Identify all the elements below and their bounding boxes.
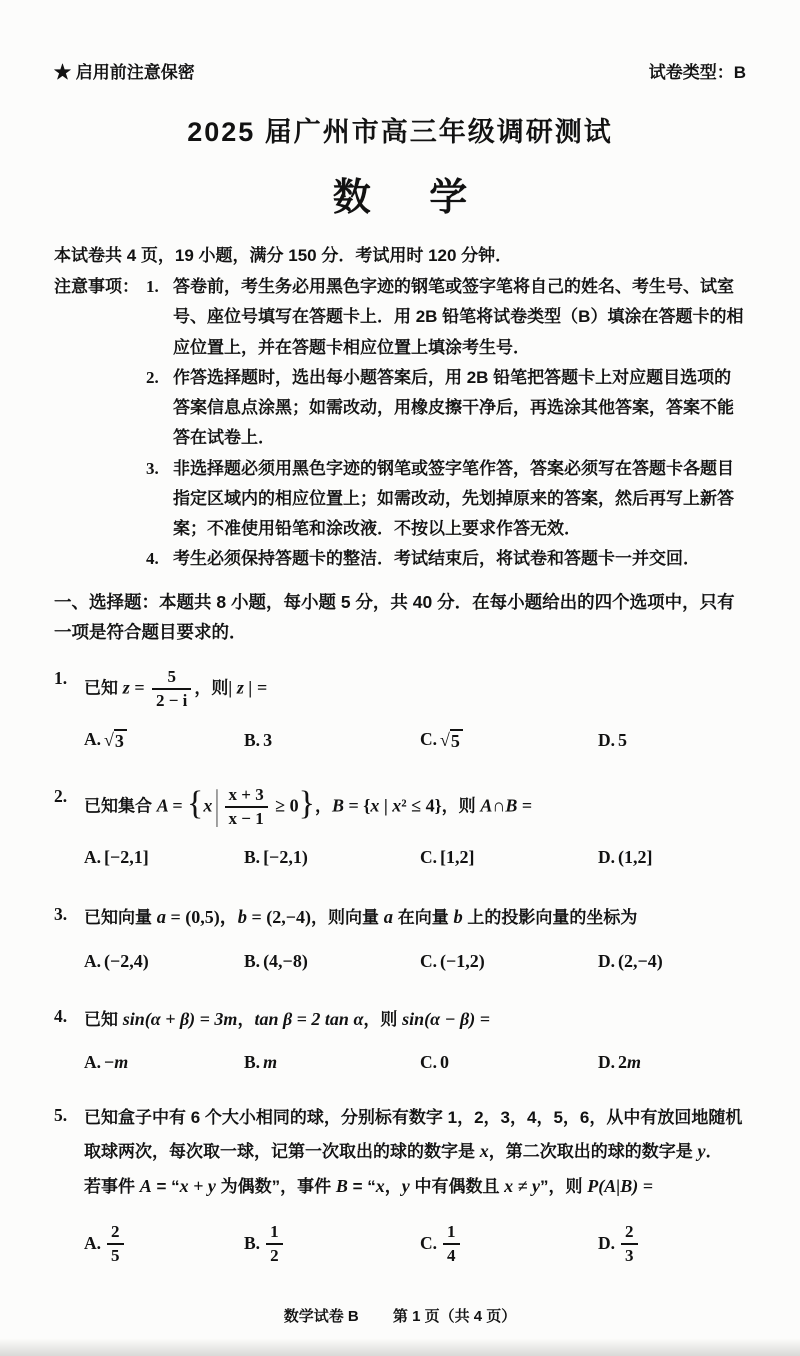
security-notice: ★ 启用前注意保密 [54, 58, 195, 83]
question-5: 5. 已知盒子中有 6 个大小相同的球，分别标有数字 1，2，3，4，5，6，从… [54, 1101, 746, 1270]
option-b: B.12 [244, 1219, 420, 1269]
note-item: 1. 答卷前，考生务必用黑色字迹的钢笔或签字笔将自己的姓名、考生号、试室号、座位… [146, 272, 746, 363]
math-seg-n: (1,2] [618, 847, 653, 867]
option-a: A.√3 [84, 729, 244, 752]
option-label: B. [244, 1052, 260, 1072]
exam-page: ★ 启用前注意保密 试卷类型：B 2025 届广州市高三年级调研测试 数 学 本… [0, 0, 800, 1356]
math-seg-b: } [299, 789, 315, 820]
option-label: A. [84, 1052, 101, 1072]
option-label: D. [598, 1233, 615, 1253]
math-seg-t: 中有偶数且 [410, 1177, 504, 1196]
option-label: A. [84, 729, 101, 749]
options-row: A.√3 B.3 C.√5 D.5 [84, 729, 746, 752]
math-seg-f: x + 3x − 1 [225, 784, 268, 830]
option-c: C.(−1,2) [420, 951, 598, 972]
math-seg-n: 2 [618, 1052, 627, 1072]
option-label: A. [84, 1233, 101, 1253]
math-seg-m: x ≠ y [504, 1176, 540, 1196]
note-text: 答卷前，考生务必用黑色字迹的钢笔或签字笔将自己的姓名、考生号、试室号、座位号填写… [173, 272, 746, 363]
question-stem: 已知集合 A = {x|x + 3x − 1 ≥ 0}，B = {x | x² … [84, 782, 746, 832]
option-label: B. [244, 730, 260, 750]
math-seg-m: x [392, 795, 401, 815]
options-row: A.−m B.m C.0 D.2m [84, 1052, 746, 1073]
math-seg-t: ”，则 [540, 1177, 587, 1196]
option-b: B.[−2,1) [244, 847, 420, 868]
math-seg-f: 12 [266, 1221, 283, 1267]
math-seg-t: = “ [348, 1177, 376, 1196]
notes-block: 注意事项： 1. 答卷前，考生务必用黑色字迹的钢笔或签字笔将自己的姓名、考生号、… [54, 272, 746, 575]
note-number: 3. [146, 454, 173, 545]
math-seg-n: (4,−8) [263, 951, 308, 971]
math-seg-n: = { [344, 795, 370, 815]
option-label: C. [420, 847, 437, 867]
option-value: [−2,1] [104, 848, 149, 867]
option-b: B.m [244, 1052, 420, 1073]
math-seg-t: ， [315, 796, 332, 815]
option-label: A. [84, 951, 101, 971]
footer-paper-name: 数学试卷 B [284, 1308, 359, 1325]
question-number: 1. [54, 664, 84, 694]
math-seg-m: m [263, 1052, 277, 1072]
option-b: B.(4,−8) [244, 951, 420, 972]
math-seg-t: ，则 [194, 678, 228, 697]
options-row: A.25 B.12 C.14 D.23 [84, 1219, 746, 1269]
math-seg-t: ， [237, 1010, 254, 1029]
option-label: C. [420, 729, 437, 749]
math-seg-m: x + y [180, 1176, 216, 1196]
math-seg-r: √5 [440, 729, 463, 752]
math-seg-m: A [140, 1176, 152, 1196]
option-value: −m [104, 1053, 128, 1072]
note-text: 考生必须保持答题卡的整洁．考试结束后，将试卷和答题卡一并交回． [173, 544, 746, 574]
math-seg-n: [−2,1] [104, 847, 149, 867]
note-item: 2. 作答选择题时，选出每小题答案后，用 2B 铅笔把答题卡上对应题目选项的答案… [146, 363, 746, 454]
option-value: (1,2] [618, 848, 653, 867]
math-seg-m: x [370, 795, 379, 815]
math-seg-t: 在向量 [393, 908, 453, 927]
option-label: C. [420, 1233, 437, 1253]
option-d: D.(2,−4) [598, 951, 746, 972]
math-seg-n: | [379, 795, 392, 815]
math-seg-t: 若事件 [84, 1177, 140, 1196]
option-value: (2,−4) [618, 952, 663, 971]
option-a: A.25 [84, 1219, 244, 1269]
question-number: 4. [54, 1002, 84, 1032]
math-seg-n: − [104, 1052, 114, 1072]
option-value: m [263, 1053, 277, 1072]
note-number: 1. [146, 272, 173, 363]
question-number: 3. [54, 900, 84, 930]
math-seg-t: 已知 [84, 1010, 123, 1029]
math-seg-n: ≥ 0 [271, 795, 299, 815]
option-value: 0 [440, 1053, 449, 1072]
math-seg-mb: a [384, 908, 393, 928]
option-value: (4,−8) [263, 952, 308, 971]
math-seg-t: 已知向量 [84, 908, 157, 927]
math-seg-n: = (0,5)， [166, 907, 238, 927]
option-c: C.0 [420, 1052, 598, 1073]
options-row: A.[−2,1] B.[−2,1) C.[1,2] D.(1,2] [84, 847, 746, 868]
math-seg-m: B [336, 1176, 348, 1196]
math-seg-f: 52 − i [152, 666, 191, 712]
option-value: 14 [440, 1234, 463, 1253]
subject-title: 数 学 [54, 166, 746, 221]
math-seg-n: = [517, 795, 532, 815]
math-seg-f: 25 [107, 1221, 124, 1267]
math-seg-n: (−1,2) [440, 951, 485, 971]
math-seg-m: A [480, 795, 492, 815]
option-label: D. [598, 951, 615, 971]
math-seg-b: { [187, 789, 203, 820]
option-label: D. [598, 847, 615, 867]
option-label: C. [420, 1052, 437, 1072]
question-number: 2. [54, 782, 84, 812]
question-stem: 已知向量 a = (0,5)，b = (2,−4)，则向量 a 在向量 b 上的… [84, 900, 746, 936]
note-number: 4. [146, 544, 173, 574]
math-seg-m: | z | = [228, 677, 267, 697]
option-label: C. [420, 951, 437, 971]
option-value: 2m [618, 1053, 641, 1072]
option-a: A.−m [84, 1052, 244, 1073]
option-label: D. [598, 730, 615, 750]
question-stem: 已知 z = 52 − i，则| z | = [84, 664, 746, 714]
option-a: A.[−2,1] [84, 847, 244, 868]
math-seg-mb: a [157, 908, 166, 928]
header-row: ★ 启用前注意保密 试卷类型：B [54, 58, 746, 83]
note-text: 作答选择题时，选出每小题答案后，用 2B 铅笔把答题卡上对应题目选项的答案信息点… [173, 363, 746, 454]
math-seg-t: ，则 [363, 1010, 402, 1029]
math-seg-mb: b [453, 908, 462, 928]
note-item: 4. 考生必须保持答题卡的整洁．考试结束后，将试卷和答题卡一并交回． [146, 544, 746, 574]
math-seg-m: z = [123, 677, 149, 697]
option-label: B. [244, 1233, 260, 1253]
option-d: D.(1,2] [598, 847, 746, 868]
option-value: (−2,4) [104, 952, 149, 971]
math-seg-t: 上的投影向量的坐标为 [463, 908, 638, 927]
note-item: 3. 非选择题必须用黑色字迹的钢笔或签字笔作答，答案必须写在答题卡各题目指定区域… [146, 454, 746, 545]
math-seg-t: ， [385, 1177, 402, 1196]
option-value: √3 [104, 730, 127, 749]
option-value: 25 [104, 1234, 127, 1253]
footer-page-number: 第 1 页（共 4 页） [393, 1308, 516, 1325]
notes-label: 注意事项： [54, 272, 146, 575]
math-seg-m: B [505, 795, 517, 815]
math-seg-n: (−2,4) [104, 951, 149, 971]
question-4: 4. 已知 sin(α + β) = 3m，tan β = 2 tan α，则 … [54, 1002, 746, 1073]
option-c: C.[1,2] [420, 847, 598, 868]
option-a: A.(−2,4) [84, 951, 244, 972]
math-seg-m: A = [157, 795, 187, 815]
exam-info: 本试卷共 4 页，19 小题，满分 150 分．考试用时 120 分钟． [54, 241, 746, 266]
math-seg-n: ∩ [492, 795, 505, 815]
math-seg-f: 14 [443, 1221, 460, 1267]
math-seg-t: 已知集合 [84, 796, 157, 815]
question-number: 5. [54, 1101, 84, 1131]
math-seg-t: 为偶数”，事件 [216, 1177, 336, 1196]
question-3: 3. 已知向量 a = (0,5)，b = (2,−4)，则向量 a 在向量 b… [54, 900, 746, 972]
option-d: D.2m [598, 1052, 746, 1073]
option-value: 23 [618, 1234, 641, 1253]
math-seg-n: 3 [263, 730, 272, 750]
math-seg-n: 0 [440, 1052, 449, 1072]
math-seg-m: sin(α − β) = [402, 1009, 490, 1029]
math-seg-mb: b [238, 908, 247, 928]
math-seg-t: = “ [152, 1177, 180, 1196]
option-value: [−2,1) [263, 848, 308, 867]
math-seg-n: 5 [618, 730, 627, 750]
math-seg-n: = (2,−4) [247, 907, 311, 927]
paper-type-label: 试卷类型：B [649, 58, 746, 83]
page-footer: 数学试卷 B 第 1 页（共 4 页） [0, 1305, 800, 1326]
math-seg-m: tan β = 2 tan α [254, 1009, 363, 1029]
math-seg-m: y [402, 1176, 410, 1196]
math-seg-n: ² ≤ 4} [401, 795, 441, 815]
option-d: D.23 [598, 1219, 746, 1269]
math-seg-n: [1,2] [440, 847, 475, 867]
question-2: 2. 已知集合 A = {x|x + 3x − 1 ≥ 0}，B = {x | … [54, 782, 746, 868]
option-value: 5 [618, 731, 627, 750]
math-seg-m: sin(α + β) = 3m [123, 1009, 238, 1029]
math-seg-n: [−2,1) [263, 847, 308, 867]
section1-heading: 一、选择题：本题共 8 小题，每小题 5 分，共 40 分．在每小题给出的四个选… [54, 587, 746, 648]
math-seg-t: ，则向量 [311, 908, 384, 927]
question-stem: 已知 sin(α + β) = 3m，tan β = 2 tan α，则 sin… [84, 1002, 746, 1037]
question-stem: 已知盒子中有 6 个大小相同的球，分别标有数字 1，2，3，4，5，6，从中有放… [84, 1101, 746, 1204]
option-value: (−1,2) [440, 952, 485, 971]
math-seg-t: 已知 [84, 678, 123, 697]
math-seg-m: x [203, 795, 212, 815]
option-d: D.5 [598, 730, 746, 751]
option-label: B. [244, 951, 260, 971]
math-seg-m: m [114, 1052, 128, 1072]
notes-list: 1. 答卷前，考生务必用黑色字迹的钢笔或签字笔将自己的姓名、考生号、试室号、座位… [146, 272, 746, 575]
math-seg-f: 23 [621, 1221, 638, 1267]
exam-title: 2025 届广州市高三年级调研测试 [54, 110, 746, 149]
option-b: B.3 [244, 730, 420, 751]
option-value: 3 [263, 731, 272, 750]
option-label: B. [244, 847, 260, 867]
options-row: A.(−2,4) B.(4,−8) C.(−1,2) D.(2,−4) [84, 951, 746, 972]
math-seg-r: √3 [104, 729, 127, 752]
math-seg-t: ，则 [442, 796, 481, 815]
option-value: √5 [440, 730, 463, 749]
math-seg-m: P(A|B) = [587, 1176, 653, 1196]
option-label: A. [84, 847, 101, 867]
option-c: C.√5 [420, 729, 598, 752]
note-text: 非选择题必须用黑色字迹的钢笔或签字笔作答，答案必须写在答题卡各题目指定区域内的相… [173, 454, 746, 545]
math-seg-m: m [627, 1052, 641, 1072]
math-seg-m: B [332, 795, 344, 815]
math-seg-t: ，第二次取出的球的数字是 [489, 1142, 698, 1161]
option-c: C.14 [420, 1219, 598, 1269]
note-number: 2. [146, 363, 173, 454]
math-seg-t: ． [705, 1142, 722, 1161]
math-seg-m: x [376, 1176, 385, 1196]
option-label: D. [598, 1052, 615, 1072]
math-seg-m: x [480, 1141, 489, 1161]
math-seg-vb: | [215, 766, 218, 847]
math-seg-n: (2,−4) [618, 951, 663, 971]
question-1: 1. 已知 z = 52 − i，则| z | = A.√3 B.3 C.√5 … [54, 664, 746, 752]
option-value: [1,2] [440, 848, 475, 867]
option-value: 12 [263, 1234, 286, 1253]
